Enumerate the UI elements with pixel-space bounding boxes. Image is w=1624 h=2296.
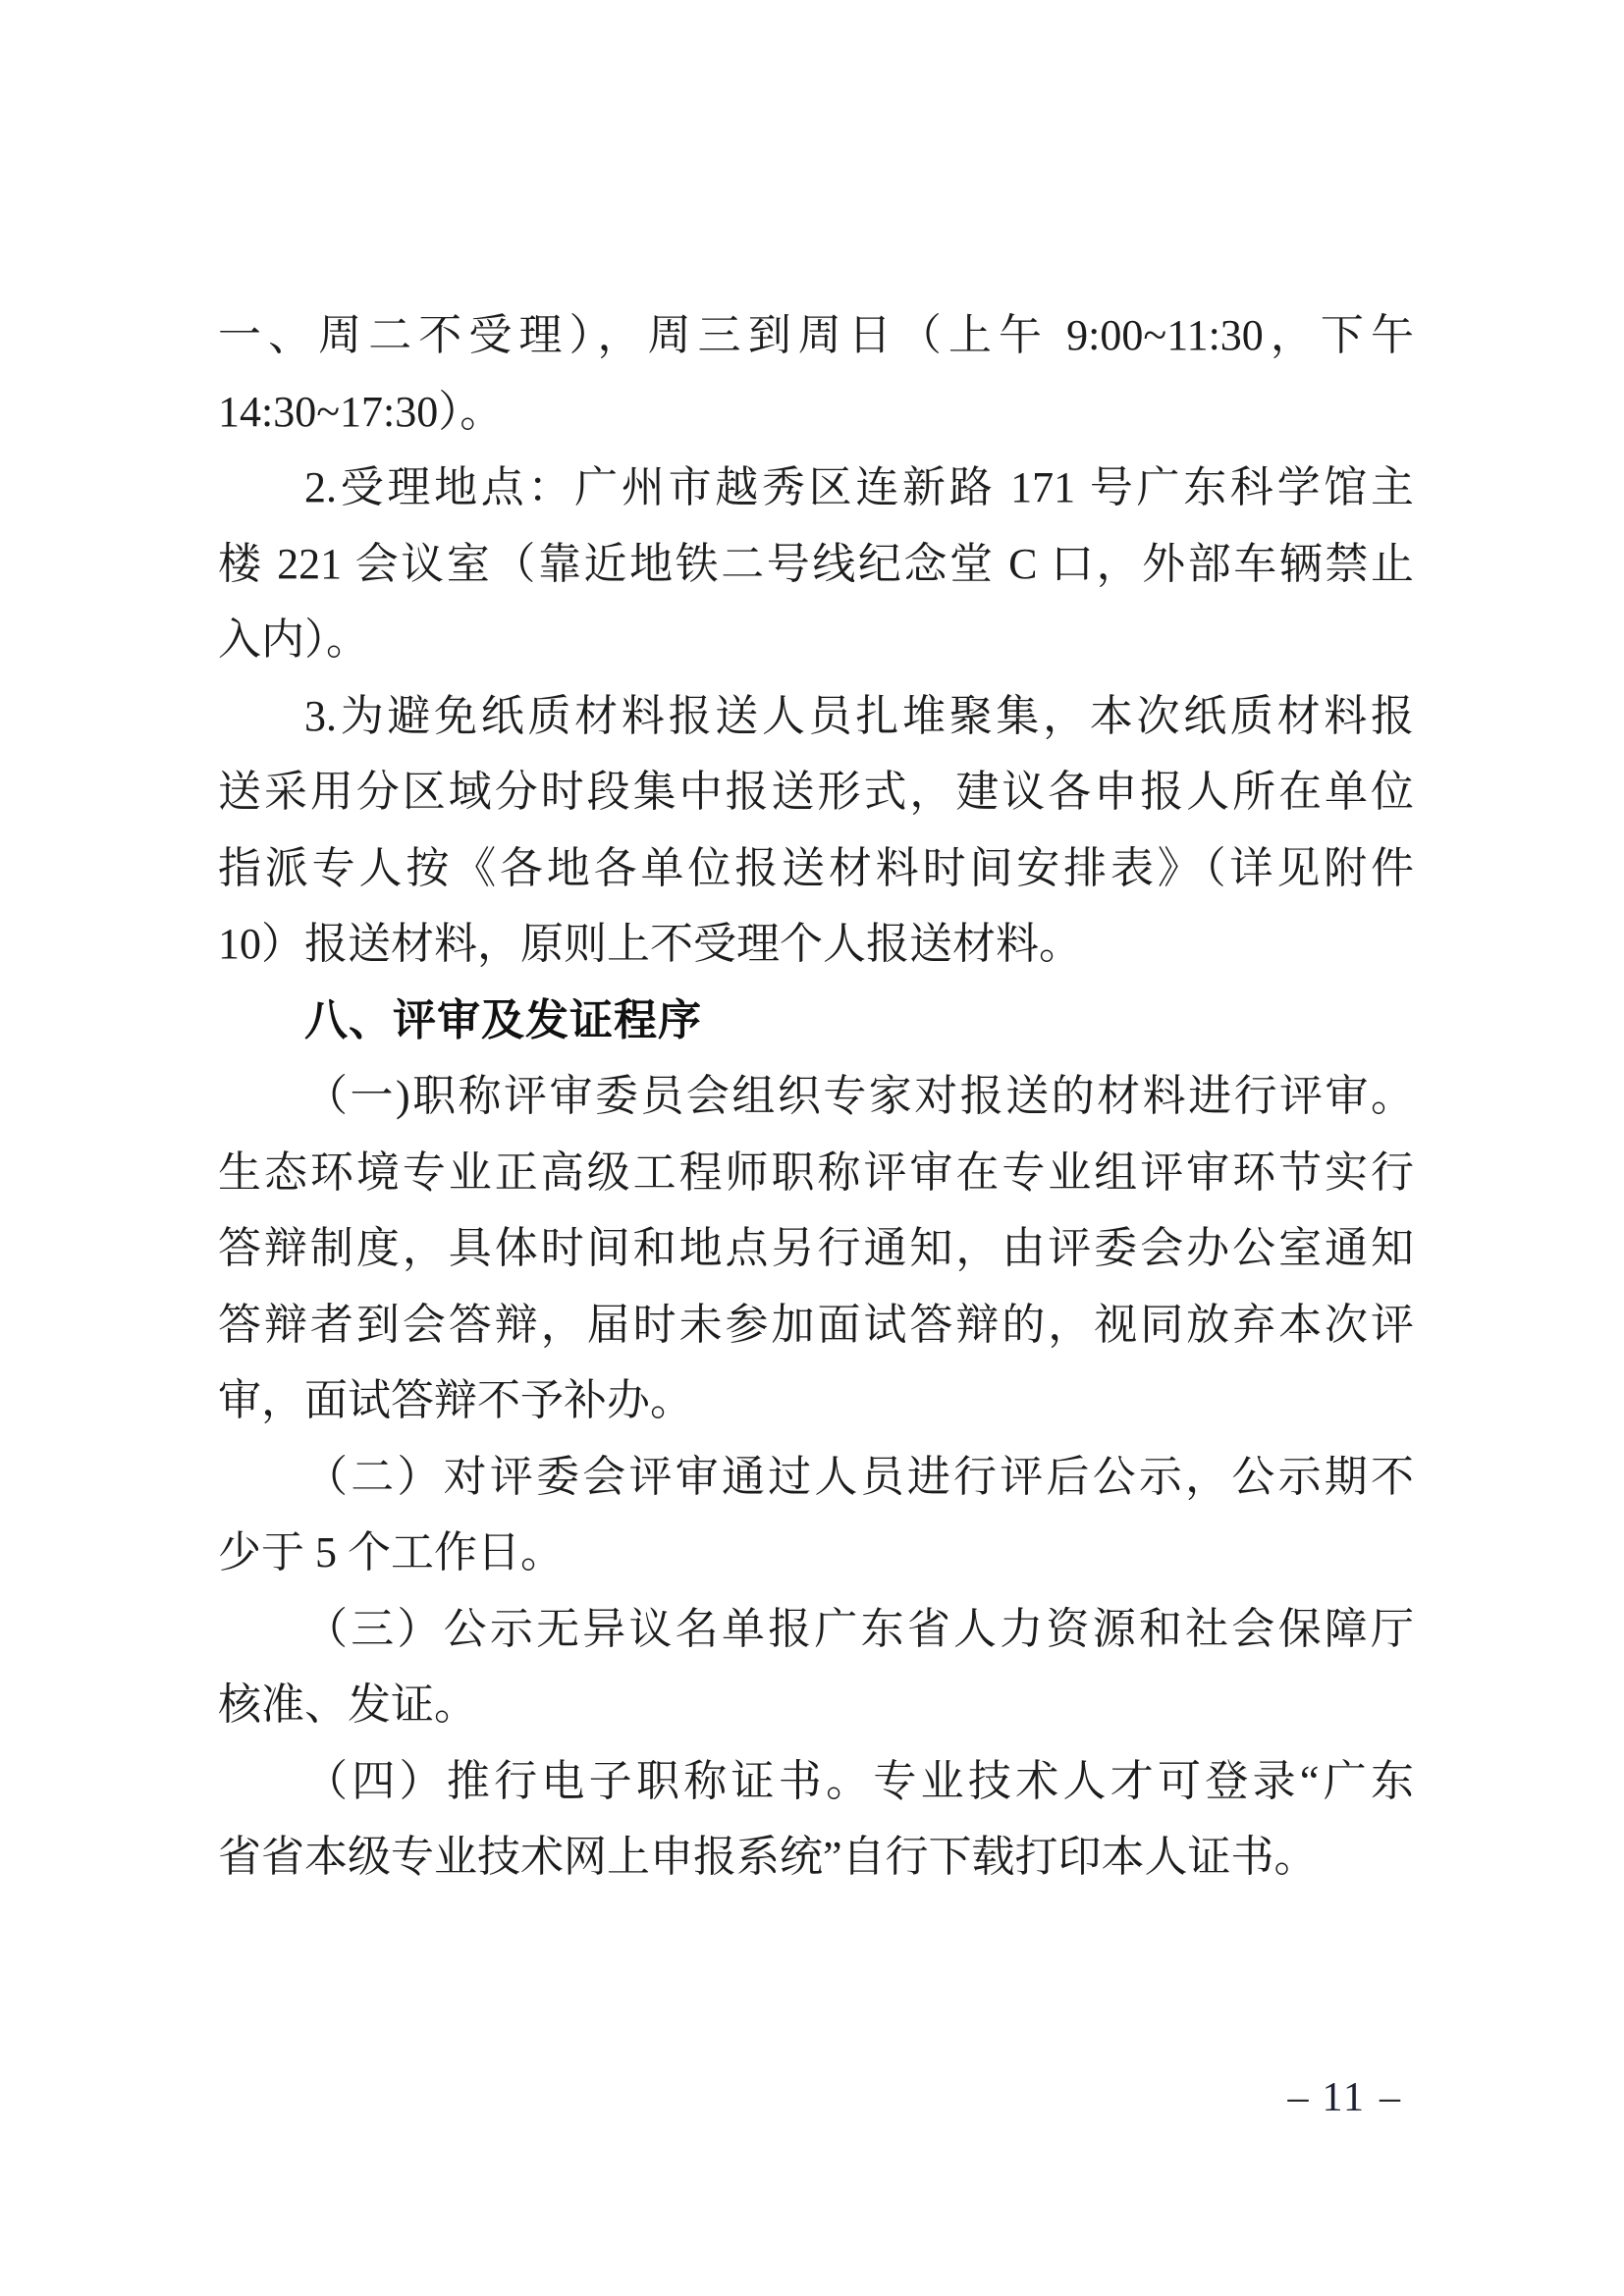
text-line: 送采用分区域分时段集中报送形式，建议各申报人所在单位	[218, 754, 1414, 830]
text-line: 楼 221 会议室（靠近地铁二号线纪念堂 C 口，外部车辆禁止	[218, 526, 1414, 603]
text-line: 生态环境专业正高级工程师职称评审在专业组评审环节实行	[218, 1135, 1414, 1211]
section-heading: 八、评审及发证程序	[218, 983, 1414, 1059]
text-line: 10）报送材料，原则上不受理个人报送材料。	[218, 906, 1414, 983]
document-page: 一、周二不受理），周三到周日（上午 9:00~11:30，下午14:30~17:…	[0, 0, 1624, 2296]
text-line: （四）推行电子职称证书。专业技术人才可登录“广东	[218, 1743, 1414, 1820]
text-line: 一、周二不受理），周三到周日（上午 9:00~11:30，下午	[218, 297, 1414, 374]
text-line: （三）公示无异议名单报广东省人力资源和社会保障厅	[218, 1591, 1414, 1668]
text-line: （二）对评委会评审通过人员进行评后公示，公示期不	[218, 1439, 1414, 1516]
text-line: 少于 5 个工作日。	[218, 1515, 1414, 1591]
text-line: 2.受理地点：广州市越秀区连新路 171 号广东科学馆主	[218, 450, 1414, 526]
page-number-right-dash: –	[1380, 2075, 1400, 2120]
text-line: 核准、发证。	[218, 1667, 1414, 1743]
text-line: 14:30~17:30）。	[218, 374, 1414, 451]
text-line: （一)职称评审委员会组织专家对报送的材料进行评审。	[218, 1058, 1414, 1135]
page-footer: –11–	[218, 2068, 1420, 2127]
page-number: 11	[1323, 2075, 1366, 2120]
text-line: 答辩制度，具体时间和地点另行通知，由评委会办公室通知	[218, 1210, 1414, 1287]
text-line: 审，面试答辩不予补办。	[218, 1362, 1414, 1439]
text-line: 省省本级专业技术网上申报系统”自行下载打印本人证书。	[218, 1819, 1414, 1896]
page-number-left-dash: –	[1288, 2075, 1309, 2120]
text-line: 答辩者到会答辩，届时未参加面试答辩的，视同放弃本次评	[218, 1287, 1414, 1363]
text-line: 入内）。	[218, 602, 1414, 678]
text-line: 指派专人按《各地各单位报送材料时间安排表》（详见附件	[218, 830, 1414, 907]
document-body: 一、周二不受理），周三到周日（上午 9:00~11:30，下午14:30~17:…	[218, 297, 1414, 1896]
text-line: 3.为避免纸质材料报送人员扎堆聚集，本次纸质材料报	[218, 678, 1414, 755]
